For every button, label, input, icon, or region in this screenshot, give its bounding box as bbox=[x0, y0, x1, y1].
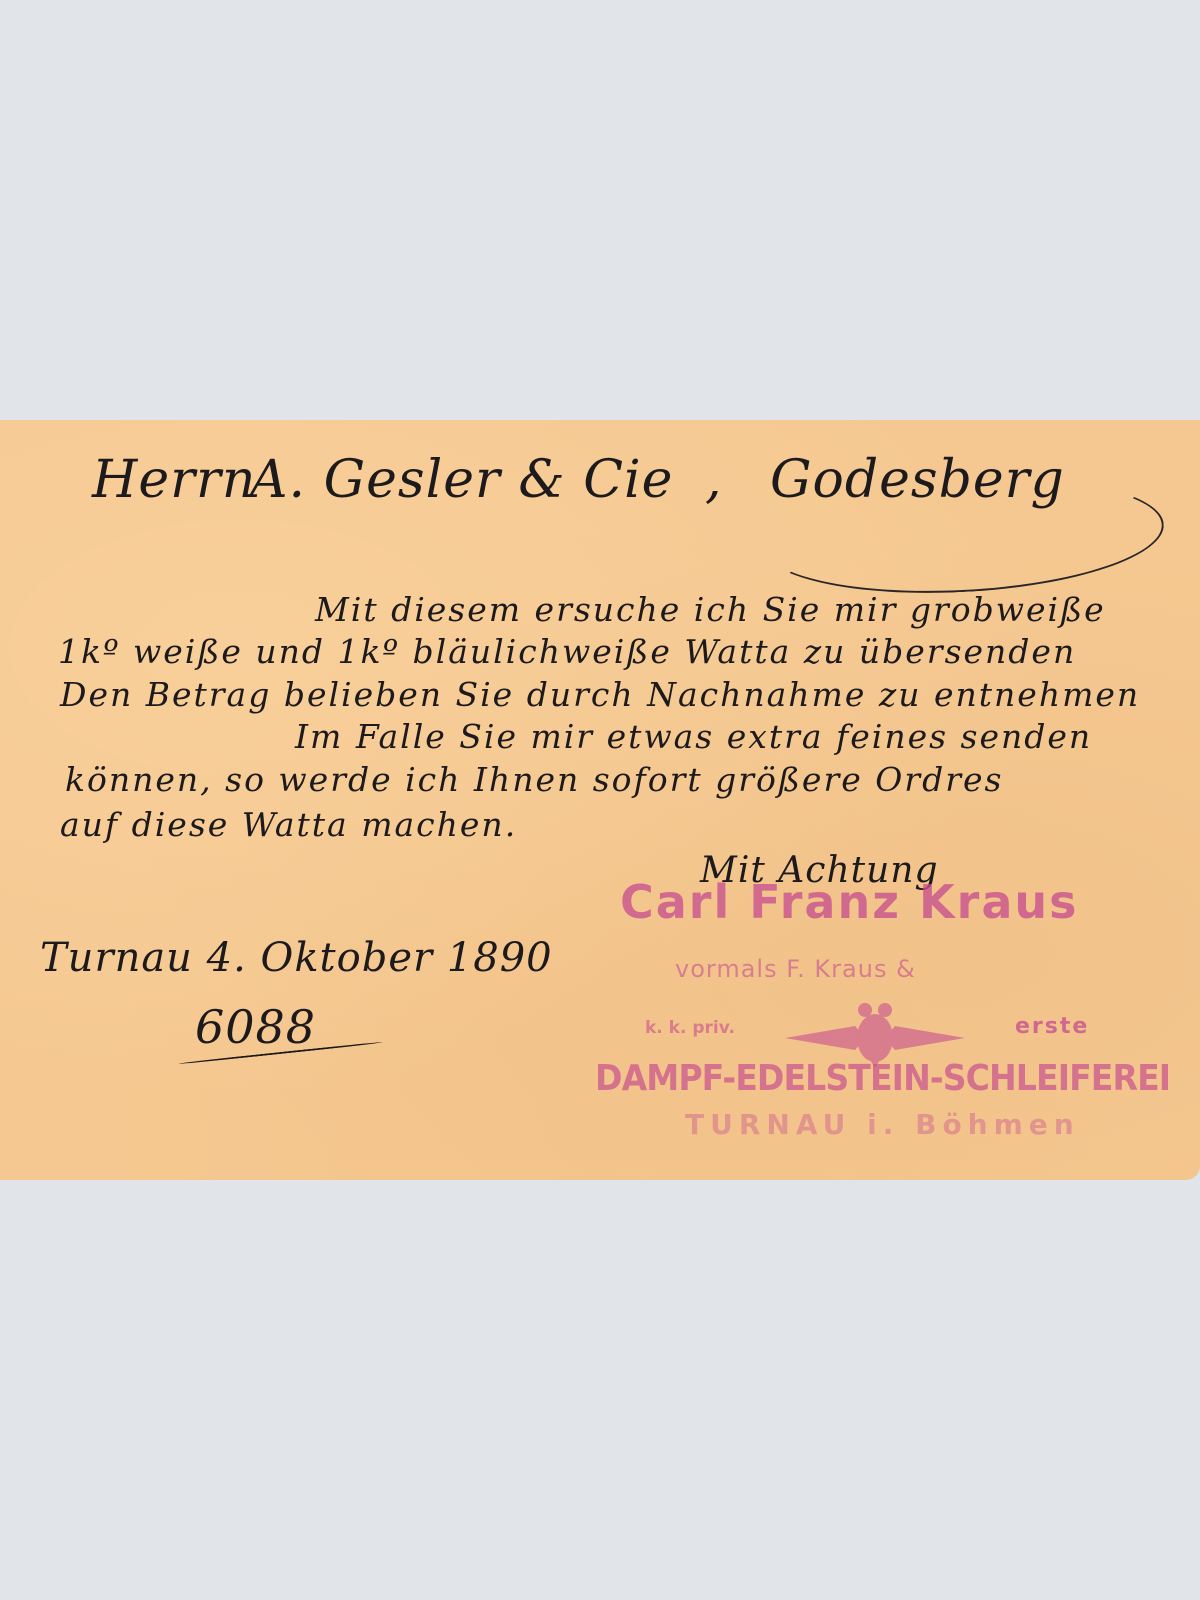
stamp-first: erste bbox=[1015, 1014, 1089, 1039]
address-separator: , bbox=[705, 450, 723, 510]
body-line: Den Betrag belieben Sie durch Nachnahme … bbox=[60, 675, 1140, 714]
body-line: können, so werde ich Ihnen sofort größer… bbox=[65, 760, 1003, 799]
body-line: auf diese Watta machen. bbox=[60, 805, 517, 844]
recipient-name: A. Gesler & Cie bbox=[250, 450, 673, 510]
body-line: Im Falle Sie mir etwas extra feines send… bbox=[295, 717, 1092, 756]
stamp-factory: DAMPF-EDELSTEIN-SCHLEIFEREI bbox=[595, 1058, 1170, 1099]
postcard: Herrn A. Gesler & Cie , Godesberg Mit di… bbox=[0, 420, 1200, 1180]
stamp-privilege: k. k. priv. bbox=[645, 1018, 735, 1038]
salutation: Herrn bbox=[92, 450, 256, 510]
stamp-formerly: vormals F. Kraus & bbox=[675, 955, 916, 983]
reference-number: 6088 bbox=[195, 1000, 316, 1054]
dateline: Turnau 4. Oktober 1890 bbox=[40, 935, 553, 981]
body-line: 1kº weiße und 1kº bläulichweiße Watta zu… bbox=[58, 632, 1076, 671]
stamp-company-name: Carl Franz Kraus bbox=[620, 875, 1079, 929]
body-line: Mit diesem ersuche ich Sie mir grobweiße bbox=[315, 590, 1106, 629]
stamp-town: TURNAU i. Böhmen bbox=[685, 1108, 1080, 1141]
